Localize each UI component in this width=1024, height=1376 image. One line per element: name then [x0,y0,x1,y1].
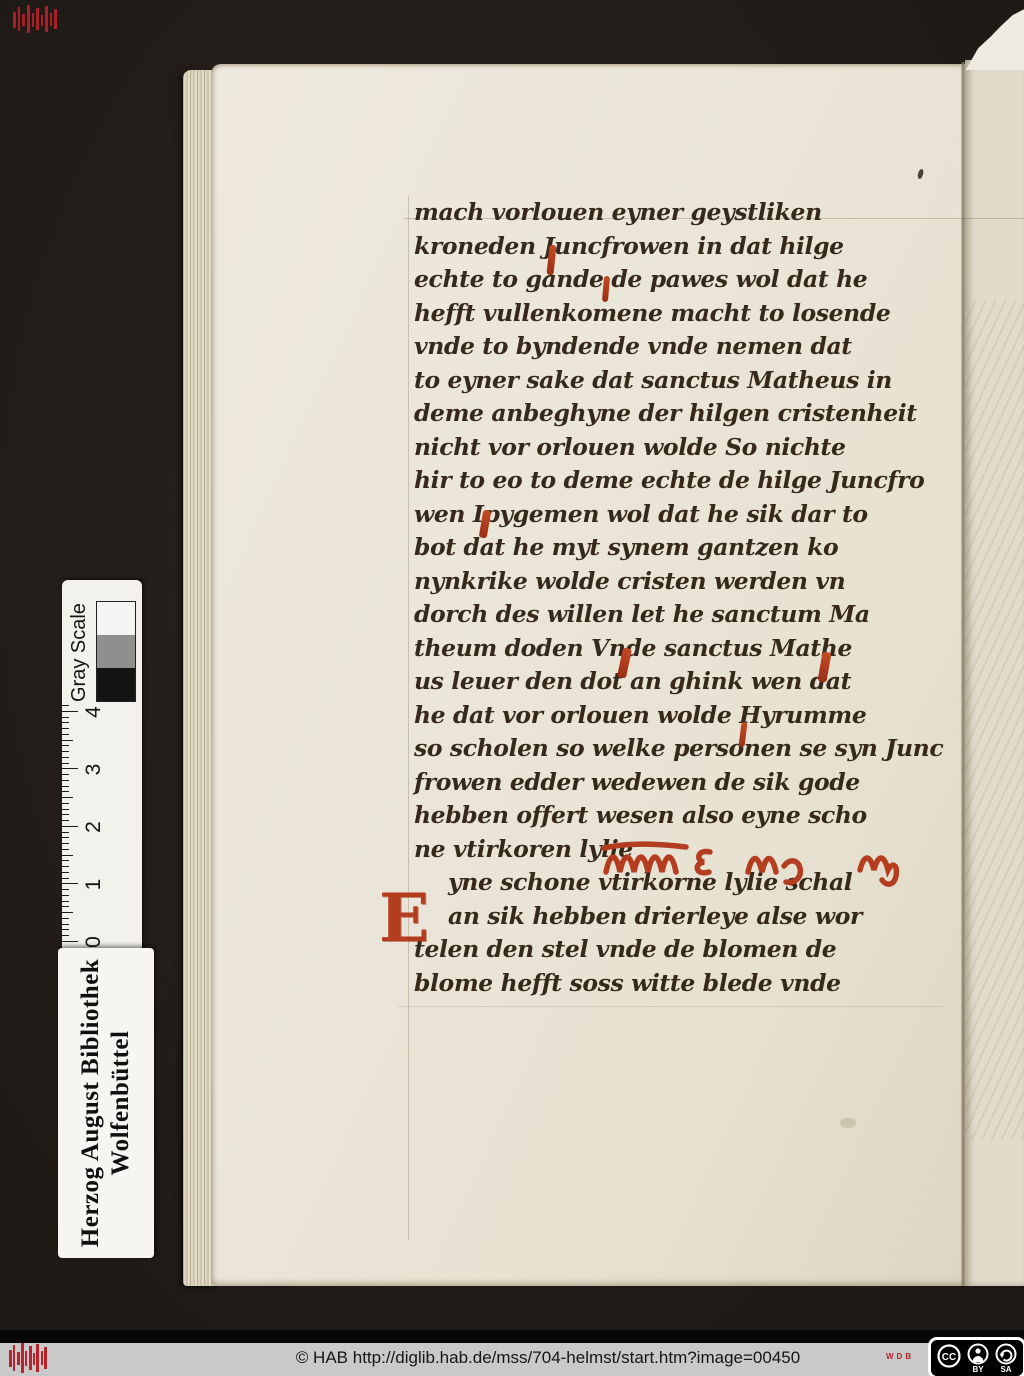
footer-divider [0,1330,1024,1343]
manuscript-line: hir to eo to deme echte de hilge Juncfro [414,464,936,498]
cc-license-badge[interactable]: CC BY SA [928,1337,1024,1376]
grayscale-title: Gray Scale [68,582,91,702]
ruler-tick [62,757,69,758]
ruler-tick [62,918,69,919]
library-city: Wolfenbüttel [106,948,136,1258]
manuscript-line: nynkrike wolde cristen werden vn [414,565,936,599]
ruling-line-vertical [408,196,409,1240]
ruler-tick [62,723,69,724]
grayscale-patch [97,602,135,635]
ruler-tick [62,769,78,770]
library-name: Herzog August Bibliothek [76,948,106,1258]
library-label-card: Herzog August Bibliothek Wolfenbüttel [58,948,154,1258]
ruler-tick [62,861,69,862]
ruler-tick [62,849,69,850]
ruler-tick [62,912,73,913]
red-initial-letter: E [379,880,445,960]
ruler-tick [62,838,69,839]
ruler-tick [62,855,73,856]
facing-page-showthrough [965,300,1024,1140]
ruler-tick [62,803,69,804]
manuscript-line: us leuer den dot an ghink wen dat [414,665,936,699]
manuscript-line: bot dat he myt synem gantzen ko [414,531,936,565]
ruler-tick [62,930,69,931]
grayscale-patch [97,668,135,701]
ruler-tick [62,751,69,752]
page-smudge [840,1118,856,1128]
ruler-tick [62,935,69,936]
ruler-tick [62,872,69,873]
manuscript-line: hefft vullenkomene macht to losende [414,297,936,331]
ruler-tick [62,815,69,816]
wdb-label: WDB [886,1352,914,1361]
cc-text: CC [942,1352,956,1363]
manuscript-line: theum doden Vnde sanctus Mathe [414,632,936,666]
ruling-line-bottom [398,1006,943,1007]
ruler-tick [62,809,69,810]
sa-text: SA [1000,1365,1011,1373]
ruler-tick [62,907,69,908]
manuscript-line: mach vorlouen eyner geystliken [414,196,936,230]
manuscript-line: dorch des willen let he sanctum Ma [414,598,936,632]
manuscript-line: blome hefft soss witte blede vnde [414,967,936,1001]
ruler-tick [62,711,78,712]
digitized-manuscript-viewer: mach vorlouen eyner geystlikenkroneden J… [0,0,1024,1376]
ruler-tick [62,740,73,741]
ruler-number: 4 [82,702,106,722]
by-text: BY [972,1365,984,1373]
manuscript-line: echte to gande de pawes wol dat he [414,263,936,297]
manuscript-line: he dat vor orlouen wolde Hyrumme [414,699,936,733]
red-penwork-flourish [598,836,908,888]
ruler-tick [62,786,69,787]
ruler-tick [62,895,69,896]
ruler-tick [62,780,69,781]
ruler-tick [62,889,69,890]
ruler-tick [62,826,78,827]
ruler-tick [62,728,69,729]
manuscript-line: deme anbeghyne der hilgen cristenheit [414,397,936,431]
manuscript-line: wen Ipygemen wol dat he sik dar to [414,498,936,532]
manuscript-line: frowen edder wedewen de sik gode [414,766,936,800]
ruler-tick [62,878,69,879]
ruler-tick [62,734,69,735]
ruler-tick [62,901,69,902]
grayscale-patches [96,601,136,702]
wdb-barcode-logo-top [12,4,60,34]
manuscript-line: vnde to byndende vnde nemen dat [414,330,936,364]
manuscript-line: hebben offert wesen also eyne scho [414,799,936,833]
ruler-tick [62,884,78,885]
library-label-face: Herzog August Bibliothek Wolfenbüttel [58,948,154,1258]
manuscript-line: telen den stel vnde de blomen de [414,933,936,967]
ruler-tick [62,774,69,775]
manuscript-line: so scholen so welke personen se syn Junc [414,732,936,766]
ruler-tick [62,924,69,925]
ruler-tick [62,717,69,718]
manuscript-line: kroneden Juncfrowen in dat hilge [414,230,936,264]
ruler-tick [62,843,69,844]
ruler-number: 3 [82,760,106,780]
ruler-tick [62,941,78,942]
ruler-tick [62,832,69,833]
copyright-url-text: © HAB http://diglib.hab.de/mss/704-helms… [72,1348,1024,1368]
ruler-number: 2 [82,817,106,837]
ruler-tick [62,866,69,867]
grayscale-ruler-card: Gray Scale 01234 [62,580,142,952]
ruler-tick [62,705,69,706]
ruler-tick [62,797,73,798]
ruler-tick [62,763,69,764]
ruler-tick [62,746,69,747]
wdb-barcode-logo [8,1342,50,1374]
ruler-tick [62,792,69,793]
ruler-tick [62,820,69,821]
manuscript-line: to eyner sake dat sanctus Matheus in [414,364,936,398]
ruler-number: 1 [82,875,106,895]
grayscale-patch [97,635,135,668]
manuscript-line: an sik hebben drierleye alse wor [448,900,936,934]
grayscale-ruler-face: Gray Scale 01234 [62,580,142,952]
facing-page-corner [962,6,1024,70]
manuscript-line: nicht vor orlouen wolde So nichte [414,431,936,465]
